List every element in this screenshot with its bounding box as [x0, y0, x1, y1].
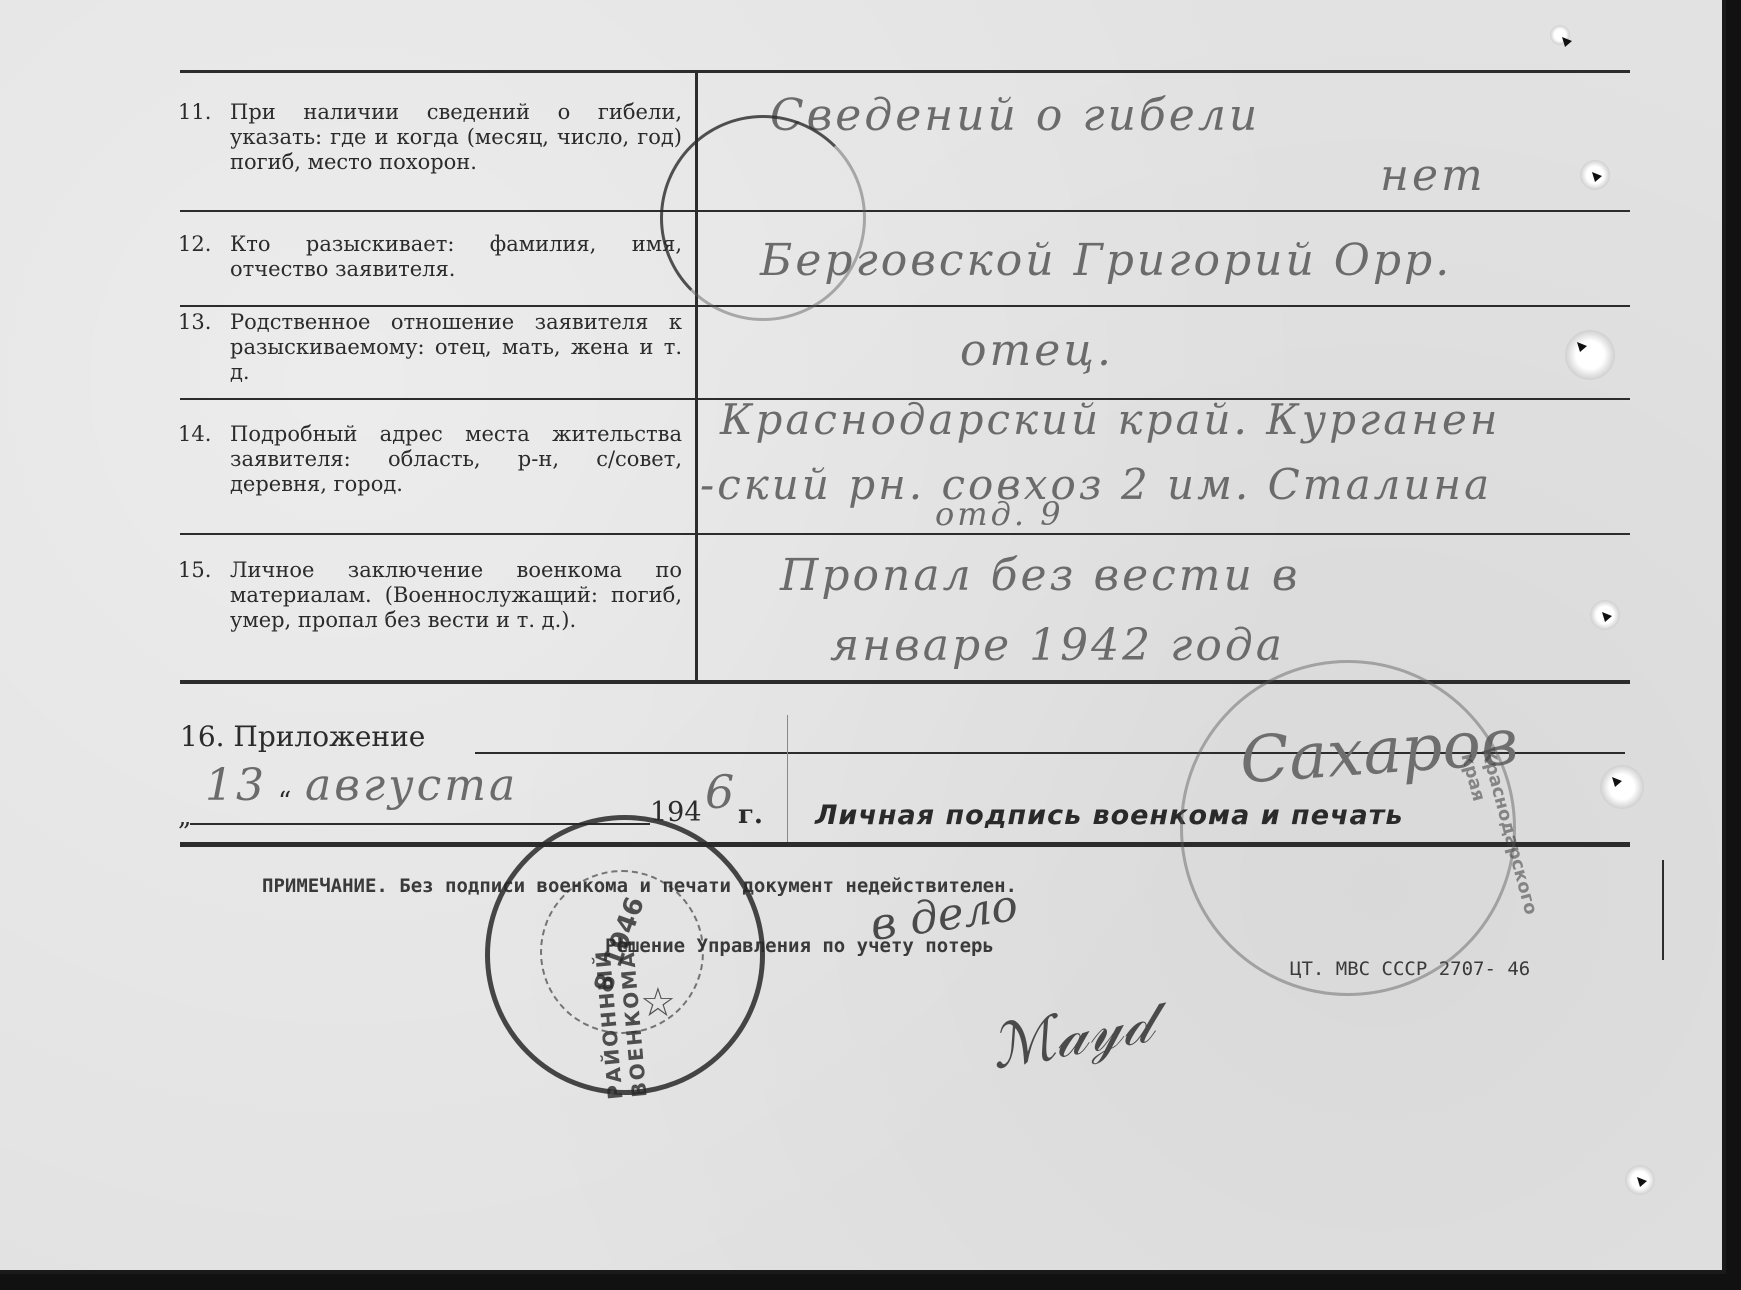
field-12-answer: Берговской Григорий Орр.	[760, 235, 1452, 286]
field-number: 15.	[178, 558, 211, 583]
right-margin-mark	[1662, 860, 1664, 960]
field-15-answer-line-2: январе 1942 года	[830, 620, 1285, 671]
field-number: 11.	[178, 100, 211, 125]
date-year-suffix: 6	[705, 765, 737, 819]
paper-hole	[1565, 330, 1615, 380]
field-number: 14.	[178, 422, 211, 447]
stamp-star-icon: ☆	[640, 980, 676, 1026]
stamp-right-text: Краснодарского края	[1456, 746, 1541, 923]
date-open-quote: „	[178, 805, 191, 830]
faint-round-stamp-top	[660, 115, 866, 321]
field-label-text: Подробный адрес места жительства заявите…	[230, 422, 682, 496]
faint-divider	[787, 715, 788, 845]
date-day: 13	[205, 760, 267, 811]
field-15-answer-line-1: Пропал без вести в	[780, 550, 1300, 601]
field-14-label: 14. Подробный адрес места жительства зая…	[230, 422, 682, 497]
field-number: 13.	[178, 310, 211, 335]
field-14-answer-line-3: отд. 9	[935, 495, 1064, 533]
field-14-answer-line-1: Краснодарский край. Курганен	[720, 395, 1500, 444]
paper-hole	[1600, 765, 1644, 809]
row-separator	[180, 210, 1630, 212]
date-close-quote: “	[278, 790, 291, 815]
field-label-text: Родственное отношение заявителя к разыск…	[230, 310, 682, 384]
document-page: 11. При наличии сведений о гибели, указа…	[0, 0, 1726, 1274]
field-15-label: 15. Личное заключение военкома по матери…	[230, 558, 682, 633]
field-11-label: 11. При наличии сведений о гибели, указа…	[230, 100, 682, 175]
officer-signature: ℳ𝒶𝓎𝒹	[985, 986, 1157, 1083]
faint-round-stamp-right: Краснодарского края	[1180, 660, 1516, 996]
field-13-label: 13. Родственное отношение заявителя к ра…	[230, 310, 682, 385]
field-label-text: Кто разыскивает: фамилия, имя, отчество …	[230, 232, 682, 281]
field-11-answer-line-1: Сведений о гибели	[770, 90, 1260, 141]
field-11-answer-line-2: нет	[1380, 150, 1486, 201]
top-rule	[180, 70, 1630, 73]
field-number: 12.	[178, 232, 211, 257]
field-12-label: 12. Кто разыскивает: фамилия, имя, отчес…	[230, 232, 682, 282]
row-separator	[180, 533, 1630, 535]
row-separator	[180, 305, 1630, 307]
paper-hole	[1625, 1165, 1655, 1195]
date-year-unit: г.	[738, 803, 763, 828]
field-13-answer: отец.	[960, 325, 1114, 376]
field-14-answer-line-2: -ский рн. совхоз 2 им. Сталина	[700, 460, 1492, 509]
paper-hole	[1590, 600, 1620, 630]
paper-hole	[1550, 25, 1570, 45]
field-label-text: При наличии сведений о гибели, указать: …	[230, 100, 682, 174]
attachment-label: 16. Приложение	[180, 720, 425, 753]
date-month: августа	[305, 760, 518, 811]
field-label-text: Личное заключение военкома по материалам…	[230, 558, 682, 632]
district-military-office-stamp: 8 1946 ☆ РАЙОННЫЙ ВОЕНКОМАТ	[485, 815, 765, 1095]
paper-hole	[1580, 160, 1610, 190]
